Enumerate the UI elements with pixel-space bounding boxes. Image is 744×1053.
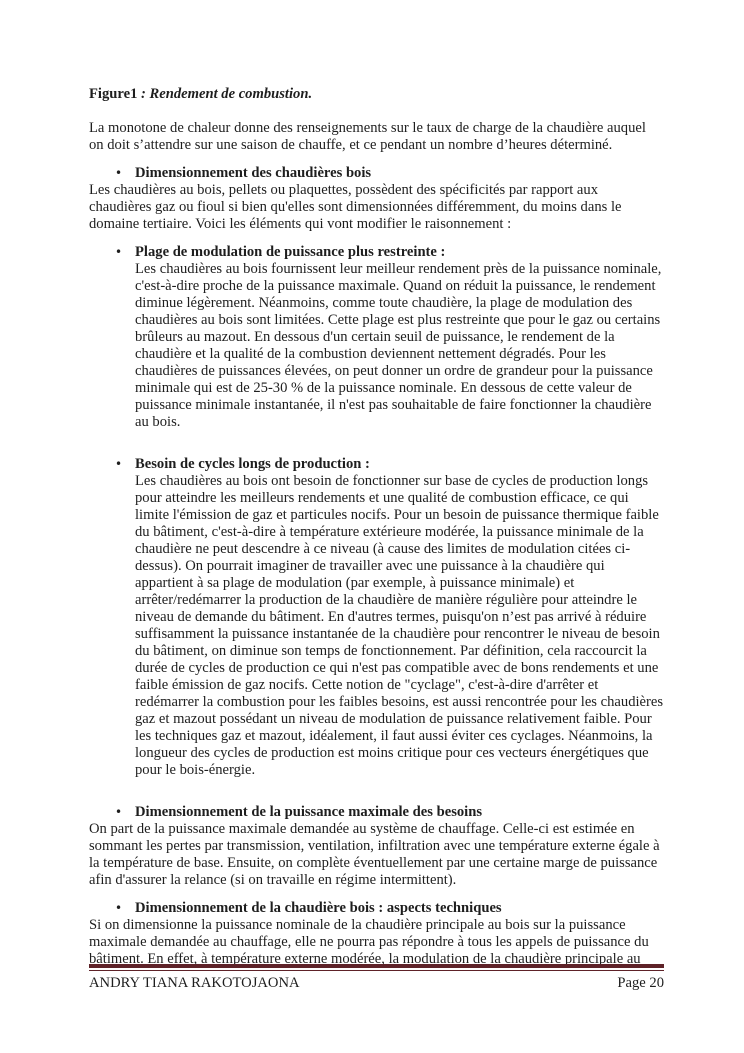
bullet-icon: • (115, 900, 135, 917)
paragraph-aspects-techniques: Si on dimensionne la puissance nominale … (89, 917, 664, 968)
section-heading: Dimensionnement des chaudières bois (135, 165, 371, 181)
bullet-heading-chaudieres-bois: •Dimensionnement des chaudières bois (89, 165, 664, 182)
figure-caption-label: Figure1 (89, 86, 137, 102)
page-footer: ANDRY TIANA RAKOTOJAONA Page 20 (89, 964, 664, 992)
paragraph-cycles-longs: Les chaudières au bois ont besoin de fon… (135, 473, 664, 779)
footer-author: ANDRY TIANA RAKOTOJAONA (89, 975, 300, 992)
footer-row: ANDRY TIANA RAKOTOJAONA Page 20 (89, 975, 664, 992)
bullet-heading-plage-modulation: •Plage de modulation de puissance plus r… (89, 244, 664, 261)
section-heading: Plage de modulation de puissance plus re… (135, 244, 445, 260)
figure-caption-text: : Rendement de combustion. (137, 86, 312, 102)
document-page: Figure1 : Rendement de combustion. La mo… (0, 0, 744, 1053)
bullet-heading-aspects-techniques: •Dimensionnement de la chaudière bois : … (89, 900, 664, 917)
paragraph-puissance-maximale: On part de la puissance maximale demandé… (89, 821, 664, 889)
section-heading: Dimensionnement de la puissance maximale… (135, 804, 482, 820)
section-heading: Dimensionnement de la chaudière bois : a… (135, 900, 502, 916)
bullet-icon: • (115, 804, 135, 821)
paragraph-intro: La monotone de chaleur donne des renseig… (89, 120, 664, 154)
footer-page-number: Page 20 (617, 975, 664, 992)
footer-rule (89, 964, 664, 971)
bullet-heading-cycles-longs: •Besoin de cycles longs de production : (89, 456, 664, 473)
figure-caption: Figure1 : Rendement de combustion. (89, 86, 664, 103)
vertical-spacer (89, 439, 664, 445)
bullet-icon: • (115, 456, 135, 473)
paragraph-plage-modulation: Les chaudières au bois fournissent leur … (135, 261, 664, 431)
paragraph-chaudieres-bois: Les chaudières au bois, pellets ou plaqu… (89, 182, 664, 233)
section-heading: Besoin de cycles longs de production : (135, 456, 370, 472)
bullet-icon: • (115, 244, 135, 261)
vertical-spacer (89, 787, 664, 793)
bullet-heading-puissance-maximale: •Dimensionnement de la puissance maximal… (89, 804, 664, 821)
bullet-icon: • (115, 165, 135, 182)
